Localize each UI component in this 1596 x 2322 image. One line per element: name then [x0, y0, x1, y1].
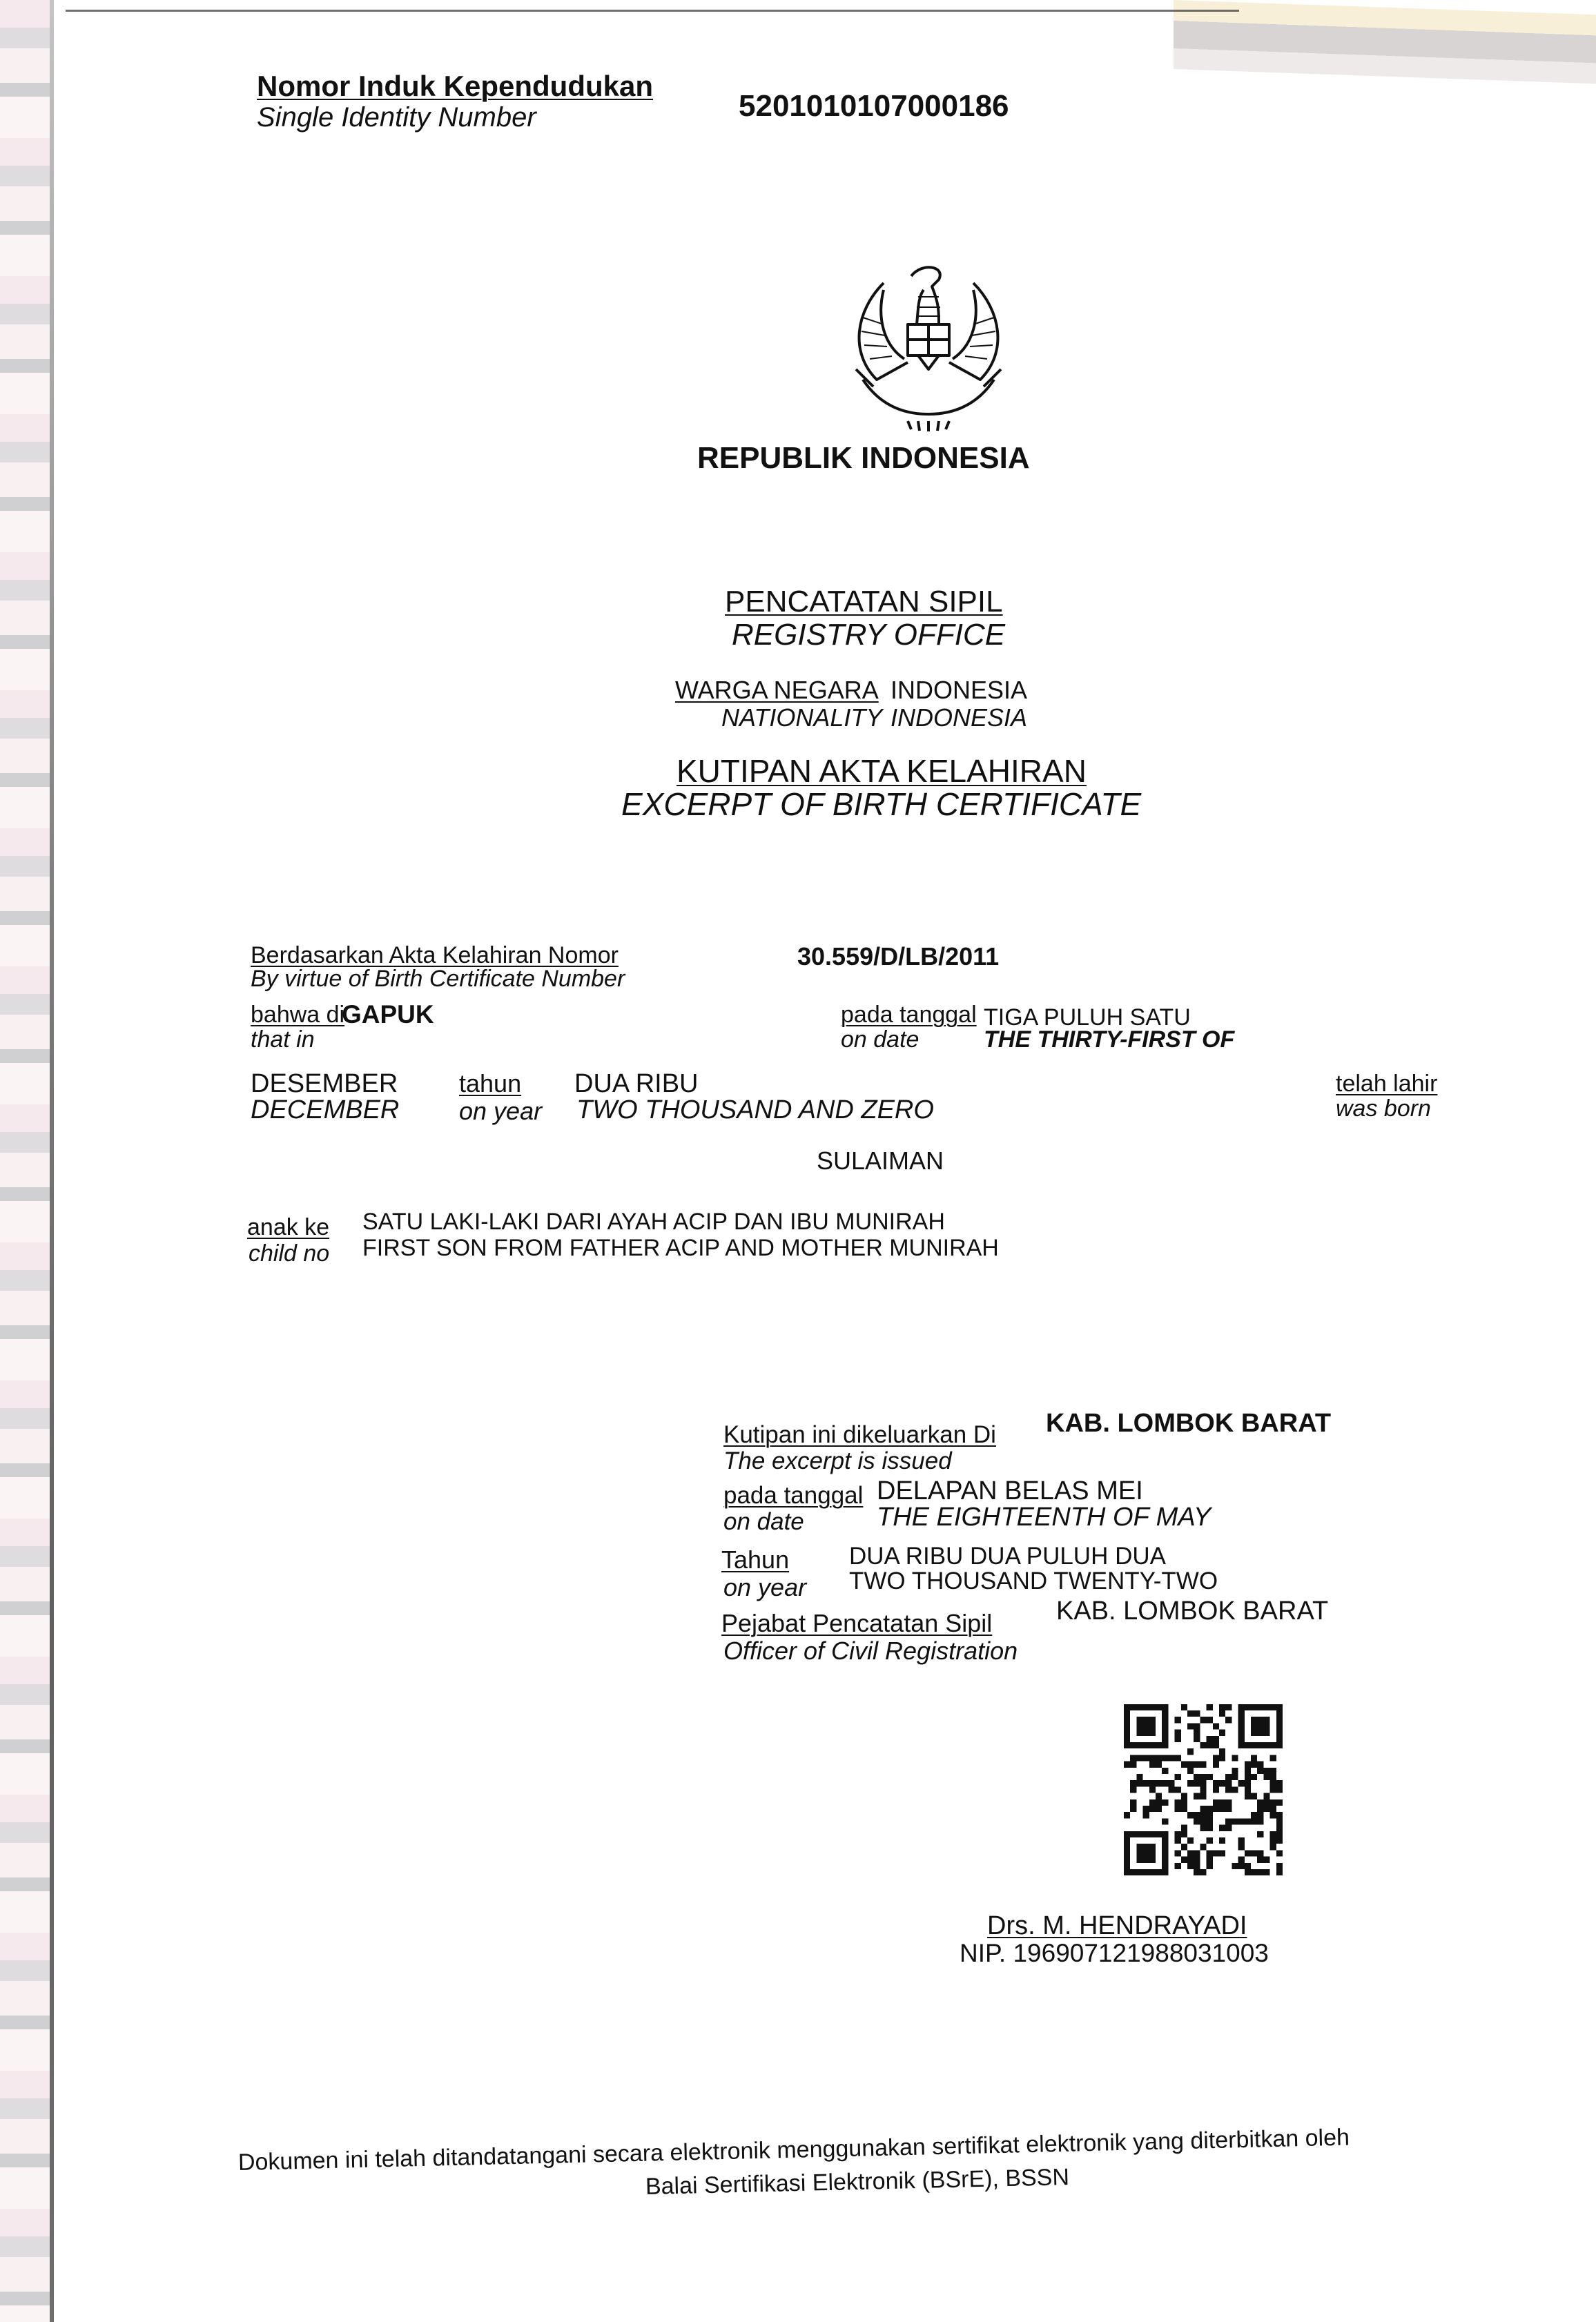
birth-month-en: DECEMBER: [251, 1096, 399, 1125]
child-order-en: FIRST SON FROM FATHER ACIP AND MOTHER MU…: [362, 1236, 999, 1261]
birth-place: GAPUK: [342, 1001, 434, 1029]
footer-line-2: Balai Sertifikasi Elektronik (BSrE), BSS…: [645, 2165, 1070, 2200]
issued-year-id: DUA RIBU DUA PULUH DUA: [849, 1543, 1166, 1570]
year-label-en: on year: [459, 1097, 542, 1125]
nationality-label-en: NATIONALITY: [721, 704, 882, 732]
birth-year-en: TWO THOUSAND AND ZERO: [576, 1096, 934, 1125]
birth-month-id: DESEMBER: [251, 1070, 398, 1099]
nik-label-en: Single Identity Number: [257, 102, 536, 133]
issued-year-label-en: on year: [723, 1574, 806, 1601]
document-title-id: KUTIPAN AKTA KELAHIRAN: [677, 754, 1087, 789]
nationality-value-en: INDONESIA: [891, 704, 1027, 732]
officer-region: KAB. LOMBOK BARAT: [1056, 1597, 1328, 1626]
birth-year-id: DUA RIBU: [574, 1070, 698, 1099]
officer-label-en: Officer of Civil Registration: [723, 1637, 1018, 1665]
place-label-en: that in: [251, 1027, 315, 1053]
cert-number-value: 30.559/D/LB/2011: [797, 943, 999, 970]
paper-top-edge: [66, 10, 1239, 12]
issued-date-en: THE EIGHTEENTH OF MAY: [877, 1503, 1211, 1532]
nik-label-id: Nomor Induk Kependudukan: [257, 70, 653, 102]
document-title-en: EXCERPT OF BIRTH CERTIFICATE: [621, 787, 1141, 822]
country-name: REPUBLIK INDONESIA: [697, 442, 1030, 475]
issued-place: KAB. LOMBOK BARAT: [1046, 1409, 1331, 1438]
born-label-id: telah lahir: [1336, 1071, 1437, 1097]
cert-number-label-id: Berdasarkan Akta Kelahiran Nomor: [251, 943, 619, 968]
birth-certificate-page: Nomor Induk Kependudukan Single Identity…: [55, 21, 1596, 2322]
born-label-en: was born: [1336, 1096, 1431, 1122]
date-label-id: pada tanggal: [841, 1002, 977, 1028]
cert-number-label-en: By virtue of Birth Certificate Number: [251, 966, 625, 992]
nationality-value-id: INDONESIA: [891, 676, 1027, 704]
issued-label-id: Kutipan ini dikeluarkan Di: [723, 1422, 996, 1449]
date-label-en: on date: [841, 1027, 919, 1053]
issued-year-en: TWO THOUSAND TWENTY-TWO: [849, 1568, 1218, 1595]
issued-year-label-id: Tahun: [721, 1546, 789, 1574]
birth-day-en: THE THIRTY-FIRST OF: [984, 1027, 1234, 1053]
issued-date-label-en: on date: [723, 1509, 804, 1536]
year-label-id: tahun: [459, 1070, 521, 1097]
child-name: SULAIMAN: [817, 1147, 944, 1175]
footer-line-1: Dokumen ini telah ditandatangani secara …: [238, 2125, 1350, 2176]
garuda-emblem-icon: [835, 248, 1022, 435]
issued-date-id: DELAPAN BELAS MEI: [877, 1477, 1143, 1506]
office-name-en: REGISTRY OFFICE: [732, 618, 1005, 652]
issued-date-label-id: pada tanggal: [723, 1483, 863, 1510]
child-order-id: SATU LAKI-LAKI DARI AYAH ACIP DAN IBU MU…: [362, 1209, 945, 1235]
officer-nip: NIP. 196907121988031003: [960, 1940, 1269, 1968]
scan-background-left: [0, 0, 54, 2322]
officer-name: Drs. M. HENDRAYADI: [987, 1912, 1247, 1941]
nationality-label-id: WARGA NEGARA: [675, 676, 879, 704]
qr-code-icon: [1124, 1704, 1283, 1876]
issued-label-en: The excerpt is issued: [723, 1448, 952, 1475]
office-name-id: PENCATATAN SIPIL: [725, 585, 1003, 618]
place-label-id: bahwa di: [251, 1002, 344, 1028]
child-label-id: anak ke: [247, 1215, 329, 1240]
child-label-en: child no: [249, 1241, 329, 1267]
nik-value: 5201010107000186: [739, 90, 1009, 123]
officer-label-id: Pejabat Pencatatan Sipil: [721, 1610, 992, 1637]
